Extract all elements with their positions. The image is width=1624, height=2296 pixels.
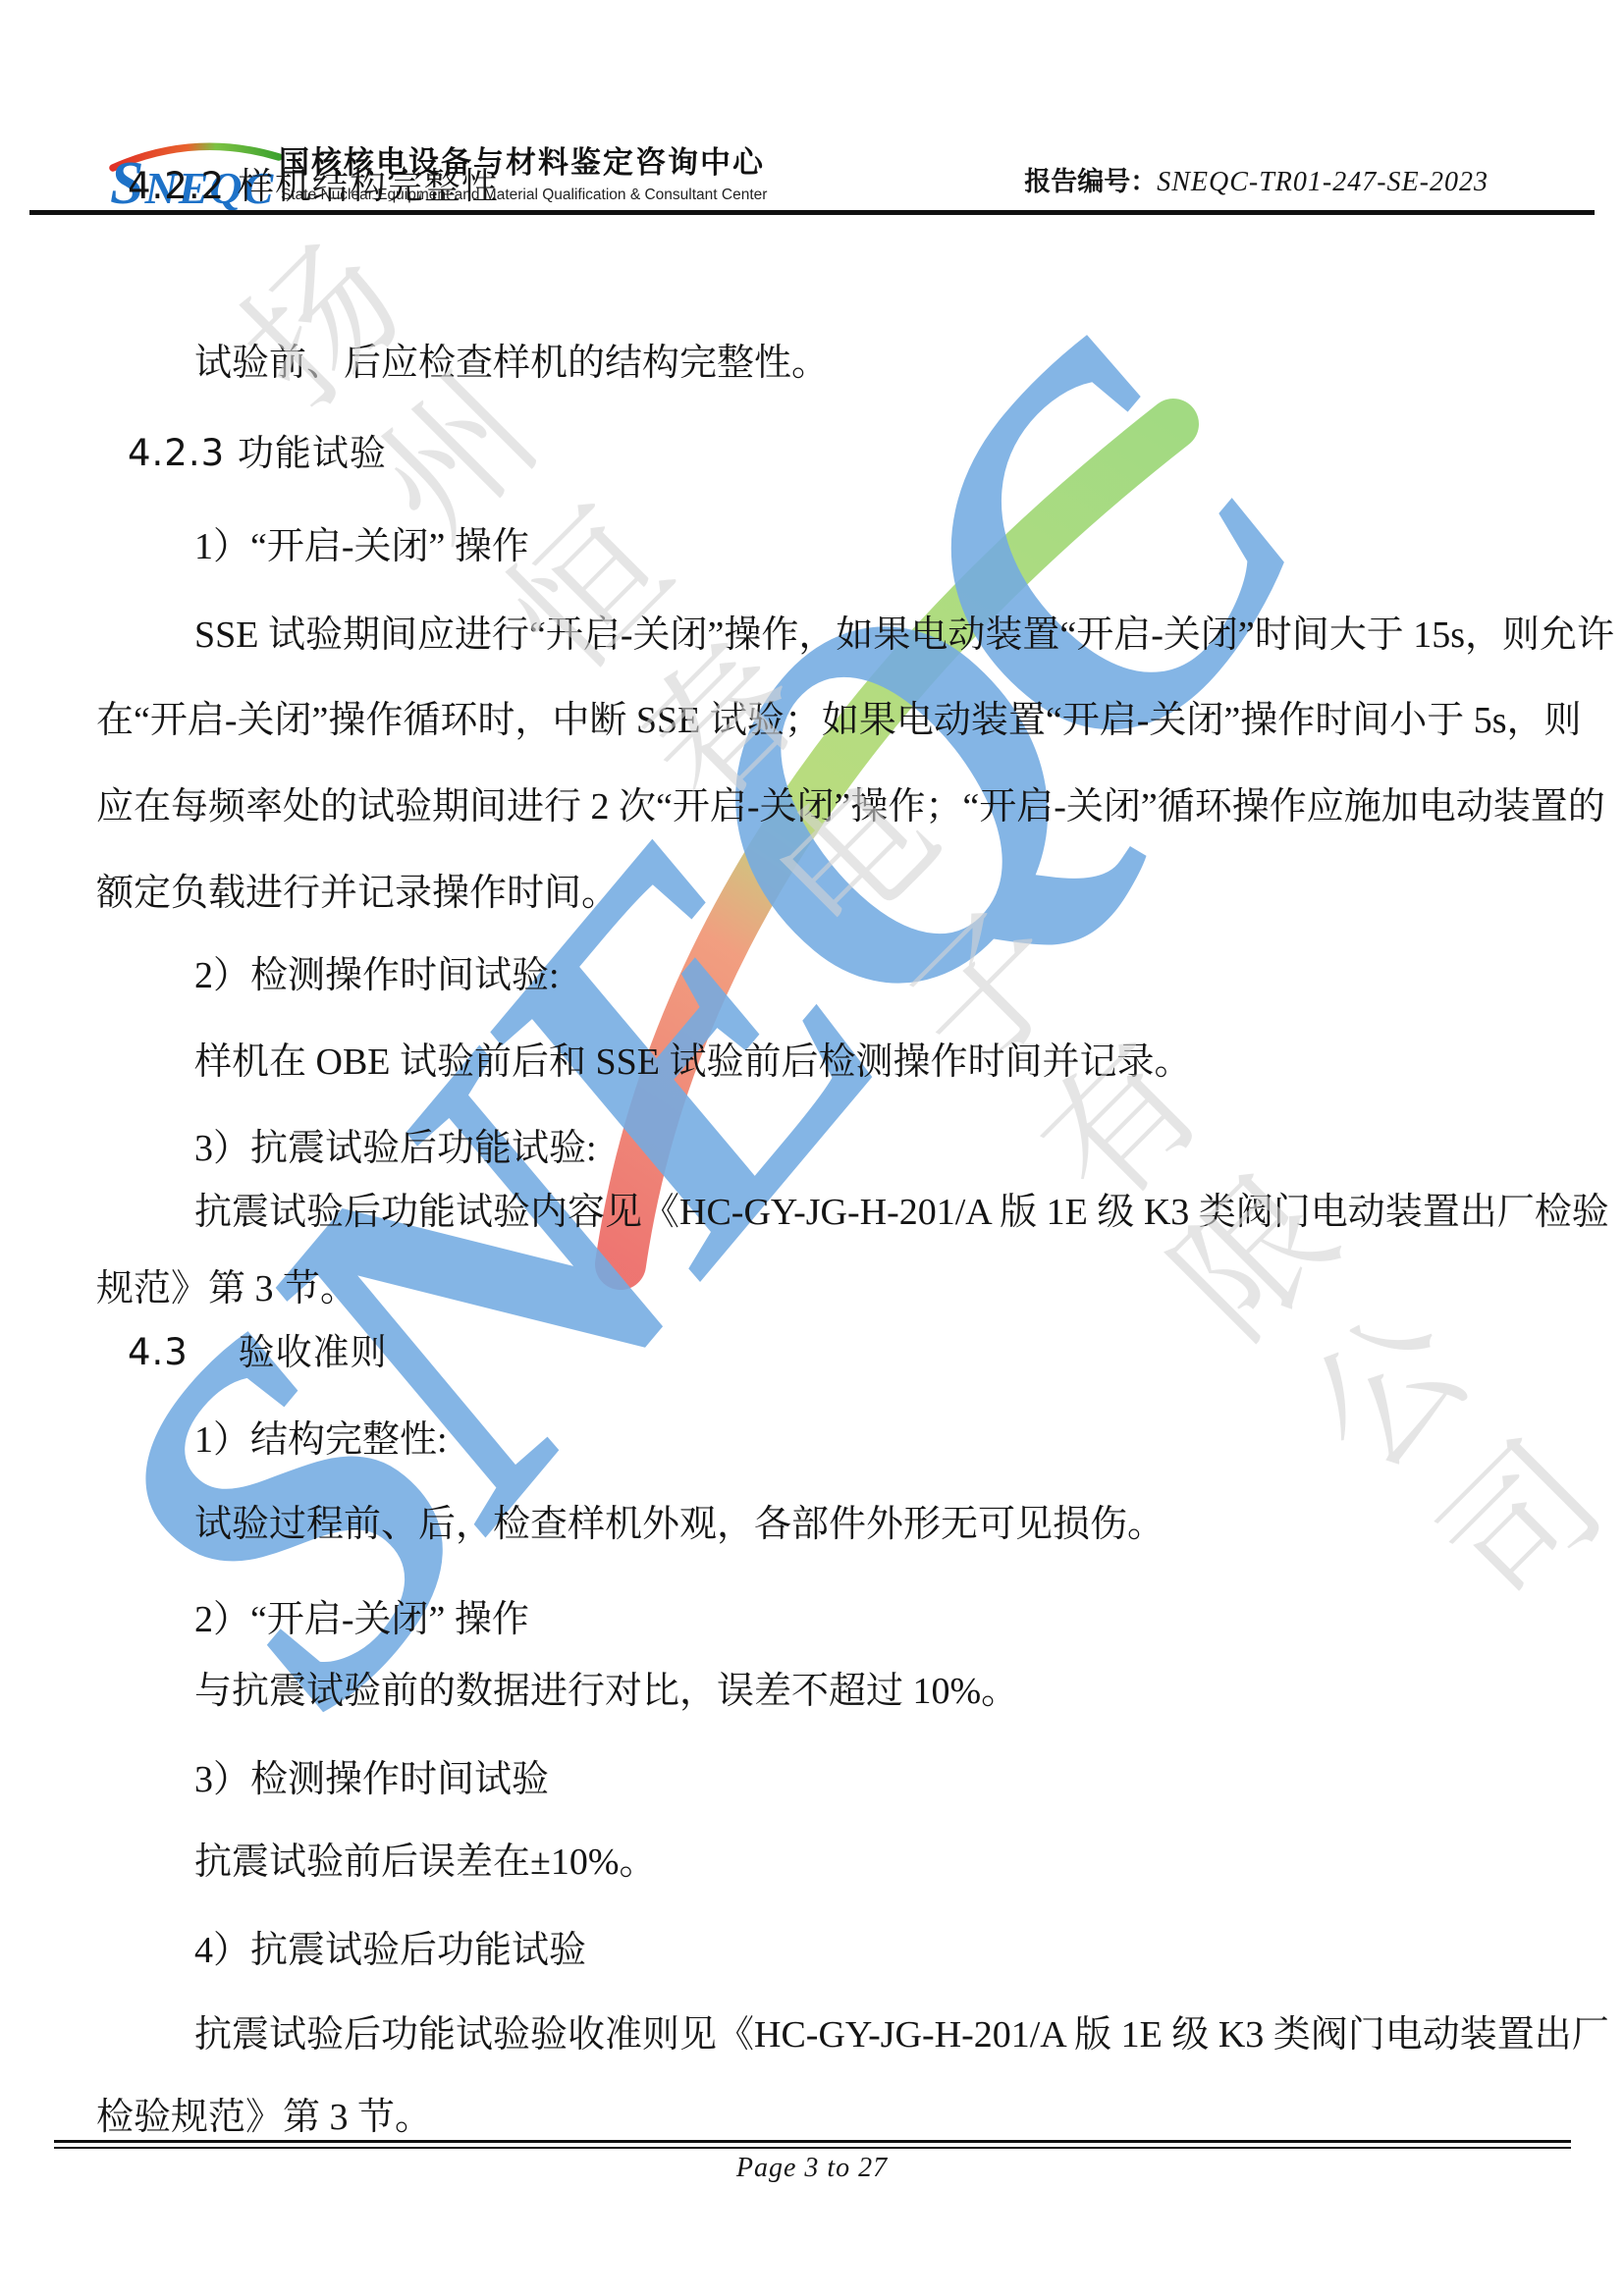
page-number: Page 3 to 27 (0, 2153, 1624, 2184)
footer-rule (54, 2140, 1571, 2149)
document-page: SNEQC SNEQC 国核核电设备与材料鉴定咨询中心 State Nuclea… (0, 0, 1624, 2296)
page-footer: Page 3 to 27 (0, 0, 1624, 2296)
